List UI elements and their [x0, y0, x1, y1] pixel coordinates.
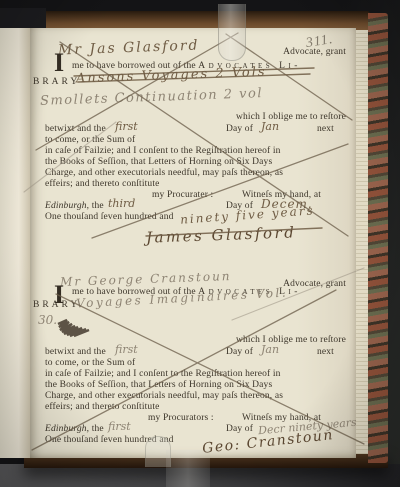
- edinburgh-day-handwritten: first: [108, 420, 131, 433]
- betwixt-day-handwritten: first: [115, 343, 138, 356]
- edinburgh-line: Edinburgh, the: [45, 201, 104, 211]
- procurator-text: my Procurater :: [152, 190, 213, 200]
- restore-text: which I oblige me to reſtore: [236, 112, 346, 122]
- failzie-text: in caſe of Failzie; and I conſent to the…: [45, 146, 281, 156]
- book-title-handwritten: Smollets Continuation 2 vol: [40, 86, 263, 109]
- page-gutter: [0, 28, 34, 458]
- books-of-session-text: the Books of Seſſion, that Letters of Ho…: [45, 157, 272, 167]
- day-of-text: Day of: [226, 347, 253, 357]
- volume-number-handwritten: 30.: [38, 313, 57, 327]
- failzie-text: in caſe of Failzie; and I conſent to the…: [45, 369, 281, 379]
- day-of-2-text: Day of: [226, 424, 253, 434]
- photo-scene: 311. Mr Jas Glasford Advocate, grant I m…: [0, 0, 400, 487]
- betwixt-day-handwritten: first: [115, 120, 138, 133]
- the-text: the: [92, 201, 104, 211]
- next-text: next: [317, 347, 334, 357]
- charge-text: Charge, and other executorials needful, …: [45, 168, 283, 178]
- restore-text: which I oblige me to reſtore: [236, 335, 346, 345]
- drop-cap-initial: I: [54, 51, 64, 75]
- books-of-session-text: the Books of Seſſion, that Letters of Ho…: [45, 380, 272, 390]
- procurator-text: my Procurators :: [148, 413, 214, 423]
- the-text: the: [92, 424, 104, 434]
- borrower-name-handwritten: Mr George Cranstoun: [60, 269, 232, 289]
- advocate-grant-text: Advocate, grant: [283, 47, 346, 57]
- marbled-cover-edge: [368, 13, 388, 463]
- betwixt-text: betwixt and the: [45, 347, 106, 357]
- brary-text: BRARY: [33, 300, 80, 310]
- signature-handwritten: James Glasford: [146, 223, 297, 246]
- borrower-name-handwritten: Mr Jas Glasford: [58, 38, 200, 59]
- to-come-text: to come, or the Sum of: [45, 358, 135, 368]
- day-of-text: Day of: [226, 124, 253, 134]
- thousand-text: One thouſand ſeven hundred and: [45, 212, 174, 222]
- page-holder-clip-top: [218, 4, 246, 61]
- effeirs-text: effeirs; and thereto conſtitute: [45, 402, 159, 412]
- betwixt-text: betwixt and the: [45, 124, 106, 134]
- page-holder-strap: [166, 450, 210, 487]
- effeirs-text: effeirs; and thereto conſtitute: [45, 179, 159, 189]
- charge-text: Charge, and other executorials needful, …: [45, 391, 283, 401]
- register-page: 311. Mr Jas Glasford Advocate, grant I m…: [30, 28, 356, 458]
- edinburgh-text: Edinburgh,: [45, 201, 89, 211]
- edinburgh-day-handwritten: third: [108, 197, 135, 210]
- next-text: next: [317, 124, 334, 134]
- to-come-text: to come, or the Sum of: [45, 135, 135, 145]
- day-month-handwritten: Jan: [261, 343, 279, 356]
- edinburgh-line: Edinburgh, the: [45, 424, 104, 434]
- day-month-handwritten: Jan: [261, 120, 279, 133]
- edinburgh-text: Edinburgh,: [45, 424, 89, 434]
- brary-text: BRARY: [33, 77, 80, 87]
- page-stack-edge: [356, 30, 368, 454]
